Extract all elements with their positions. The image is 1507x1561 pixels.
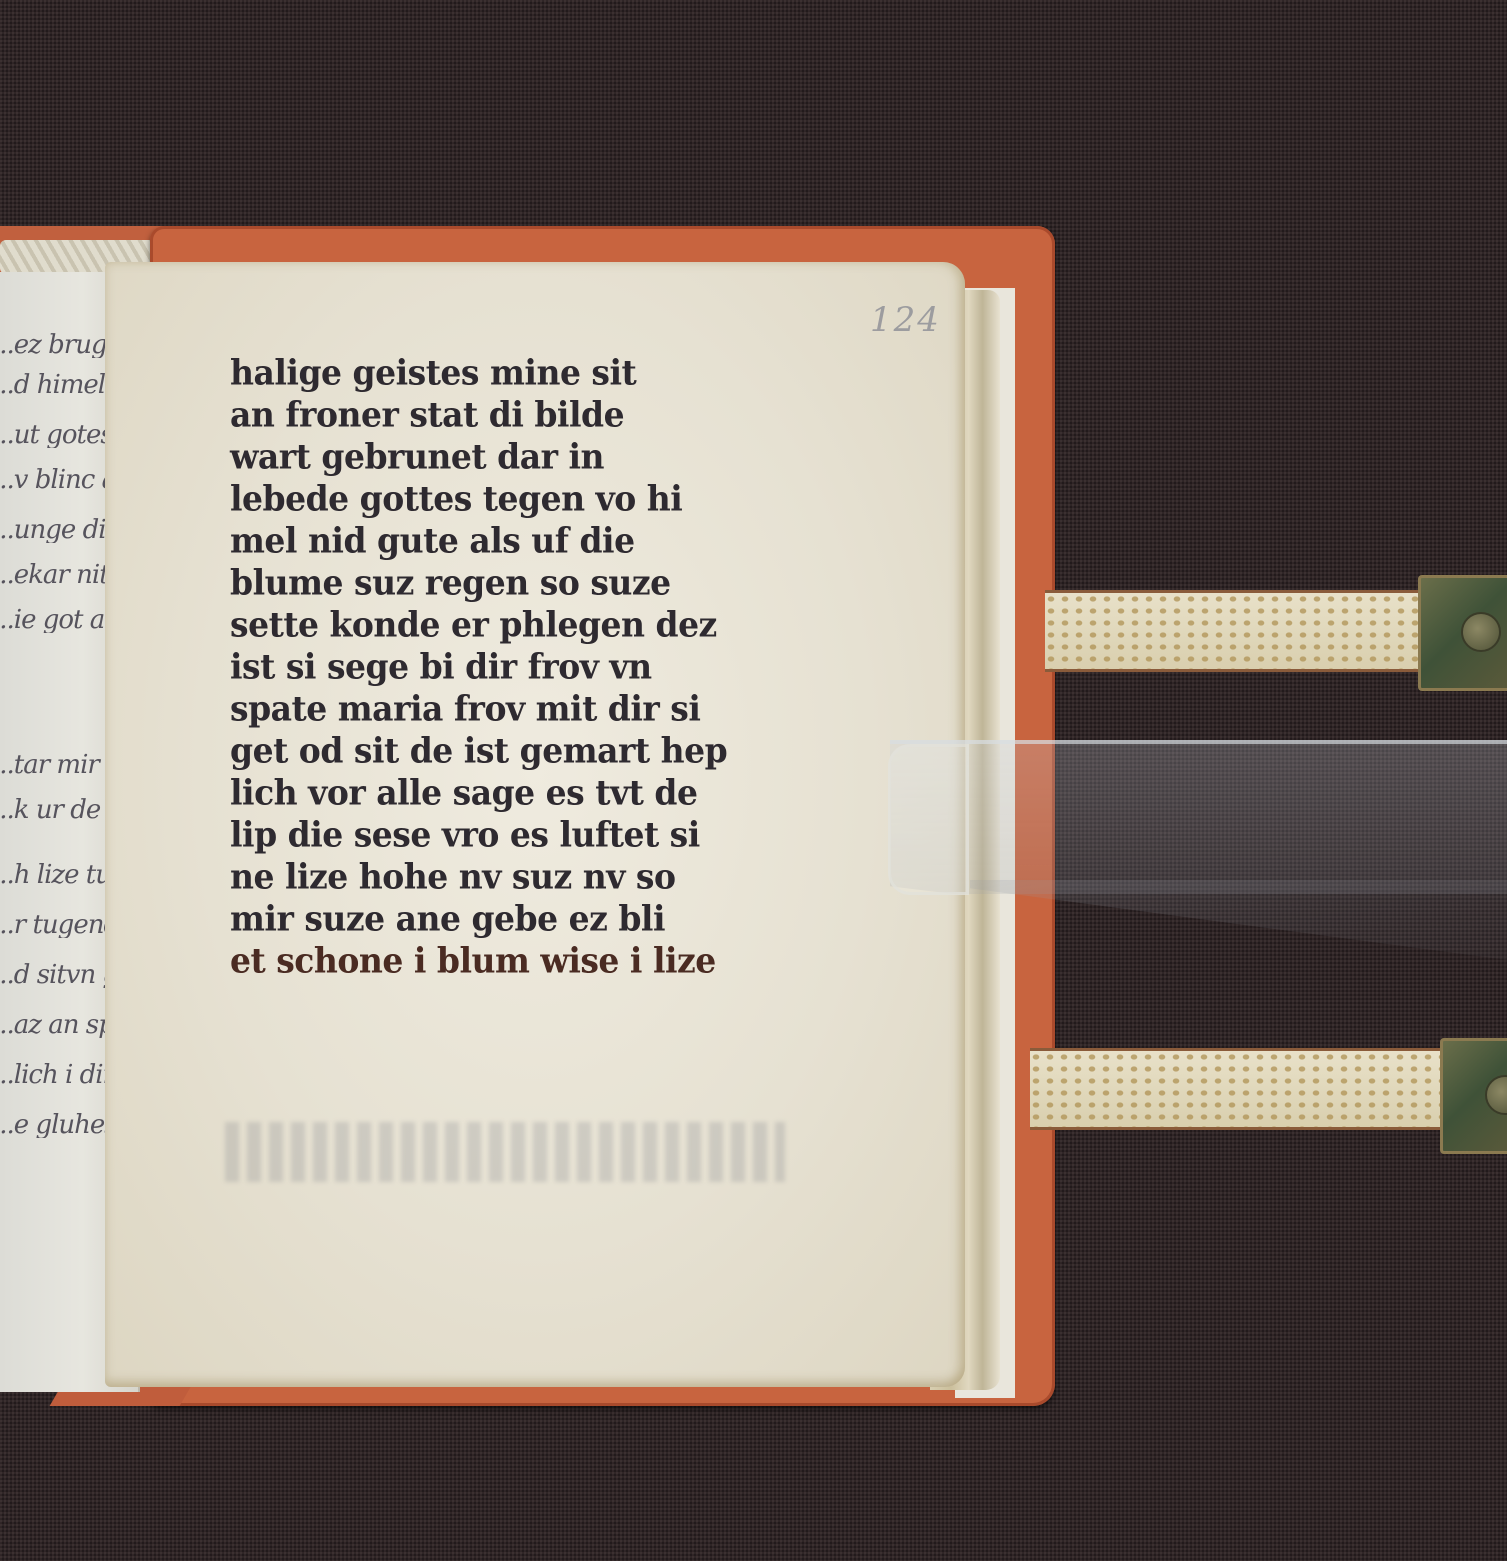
manuscript-line: halige geistes mine sit [230, 351, 790, 395]
manuscript-line: ne lize hohe nv suz nv so [230, 855, 790, 899]
manuscript-line: spate maria frov mit dir si [230, 687, 790, 731]
manuscript-line: blume suz regen so suze [230, 561, 790, 605]
upper-clasp-metal [1418, 575, 1507, 691]
manuscript-line: lich vor alle sage es tvt de [230, 771, 790, 815]
manuscript-line: et schone i blum wise i lize [230, 939, 790, 983]
manuscript-line: wart gebrunet dar in [230, 435, 790, 479]
manuscript-line: lip die sese vro es luftet si [230, 813, 790, 857]
manuscript-line: ist si sege bi dir frov vn [230, 645, 790, 689]
manuscript-line: get od sit de ist gemart hep [230, 729, 790, 773]
manuscript-line: sette konde er phlegen dez [230, 603, 790, 647]
rivet-icon [1461, 612, 1501, 652]
manuscript-line: mel nid gute als uf die [230, 519, 790, 563]
upper-clasp-strap [1045, 590, 1435, 672]
lower-clasp-metal [1440, 1038, 1507, 1154]
manuscript-line: an froner stat di bilde [230, 393, 790, 437]
manuscript-line: mir suze ane gebe ez bli [230, 897, 790, 941]
text-block: halige geistes mine sit an froner stat d… [230, 352, 790, 982]
acrylic-page-holder [890, 740, 1507, 894]
rivet-icon [1485, 1075, 1507, 1115]
lower-clasp-strap [1030, 1048, 1450, 1130]
folio-number: 124 [870, 300, 941, 340]
recto-page: 124 halige geistes mine sit an froner st… [105, 262, 965, 1387]
manuscript-line: lebede gottes tegen vo hi [230, 477, 790, 521]
ink-show-through [225, 1122, 785, 1182]
acrylic-holder-tip [888, 744, 969, 895]
